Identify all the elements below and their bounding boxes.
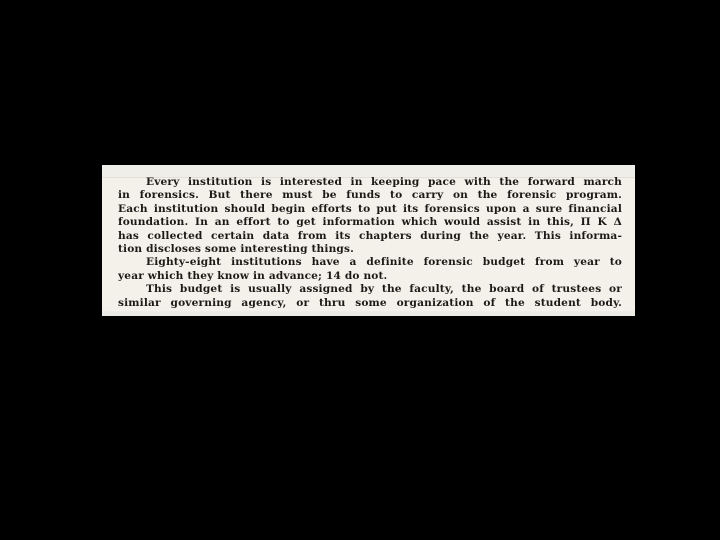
text-line: has collected certain data from its chap…: [118, 230, 622, 243]
article-text: Every institution is interested in keepi…: [118, 176, 622, 310]
text-line: foundation. In an effort to get informat…: [118, 216, 622, 229]
text-line: Each institution should begin efforts to…: [118, 203, 622, 216]
page-background: Every institution is interested in keepi…: [0, 0, 720, 540]
text-line: similar governing agency, or thru some o…: [118, 297, 622, 310]
clipping-bottom-edge: [102, 311, 635, 316]
text-line: tion discloses some interesting things.: [118, 243, 622, 256]
text-line: Eighty-eight institutions have a definit…: [118, 256, 622, 269]
text-line: This budget is usually assigned by the f…: [118, 283, 622, 296]
newspaper-clipping: Every institution is interested in keepi…: [102, 165, 635, 316]
text-line: year which they know in advance; 14 do n…: [118, 270, 622, 283]
text-line: Every institution is interested in keepi…: [118, 176, 622, 189]
text-line: in forensics. But there must be funds to…: [118, 189, 622, 202]
